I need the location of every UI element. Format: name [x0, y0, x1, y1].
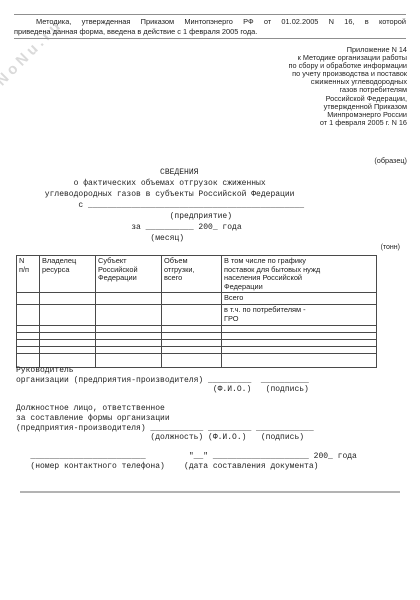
note-separator-top	[14, 14, 406, 15]
col-header-number: N п/п	[17, 256, 40, 293]
table-row-total: Всего	[17, 293, 377, 305]
table-row	[17, 325, 377, 332]
shipments-table-wrapper: N п/п Владелец ресурса Субъект Российско…	[16, 255, 378, 368]
col-header-region: Субъект Российской Федерации	[96, 256, 162, 293]
table-row	[17, 346, 377, 353]
col-header-schedule: В том числе по графику поставок для быто…	[222, 256, 377, 293]
cell-empty	[40, 305, 96, 325]
table-header-row: N п/п Владелец ресурса Субъект Российско…	[17, 256, 377, 293]
intro-note-line-1: Методика, утвержденная Приказом Минтопэн…	[14, 17, 406, 27]
unit-label: (тонн)	[276, 244, 400, 251]
sample-label: (образец)	[287, 156, 407, 165]
cell-empty	[96, 305, 162, 325]
signature-block: Руководитель организации (предприятия-пр…	[16, 366, 357, 472]
intro-note: Методика, утвержденная Приказом Минтопэн…	[14, 17, 406, 37]
table-row-gro: в т.ч. по потребителям - ГРО	[17, 305, 377, 325]
note-separator-bottom	[14, 38, 406, 39]
cell-empty	[17, 305, 40, 325]
bottom-separator	[20, 491, 400, 493]
form-title-block: СВЕДЕНИЯ о фактических объемах отгрузок …	[16, 167, 304, 244]
intro-note-line-2: приведена данная форма, введена в действ…	[14, 27, 406, 37]
cell-empty	[162, 305, 222, 325]
table-row	[17, 353, 377, 367]
shipments-table: N п/п Владелец ресурса Субъект Российско…	[16, 255, 377, 368]
table-row	[17, 339, 377, 346]
cell-total-label: Всего	[222, 293, 377, 305]
cell-gro-label: в т.ч. по потребителям - ГРО	[222, 305, 377, 325]
col-header-owner: Владелец ресурса	[40, 256, 96, 293]
col-header-volume: Объем отгрузки, всего	[162, 256, 222, 293]
cell-empty	[96, 293, 162, 305]
appendix-reference-block: Приложение N 14 к Методике организации р…	[167, 46, 407, 127]
cell-empty	[17, 293, 40, 305]
table-row	[17, 332, 377, 339]
cell-empty	[40, 293, 96, 305]
document-page: NoNu.ru Методика, утвержденная Приказом …	[0, 0, 420, 600]
cell-empty	[162, 293, 222, 305]
